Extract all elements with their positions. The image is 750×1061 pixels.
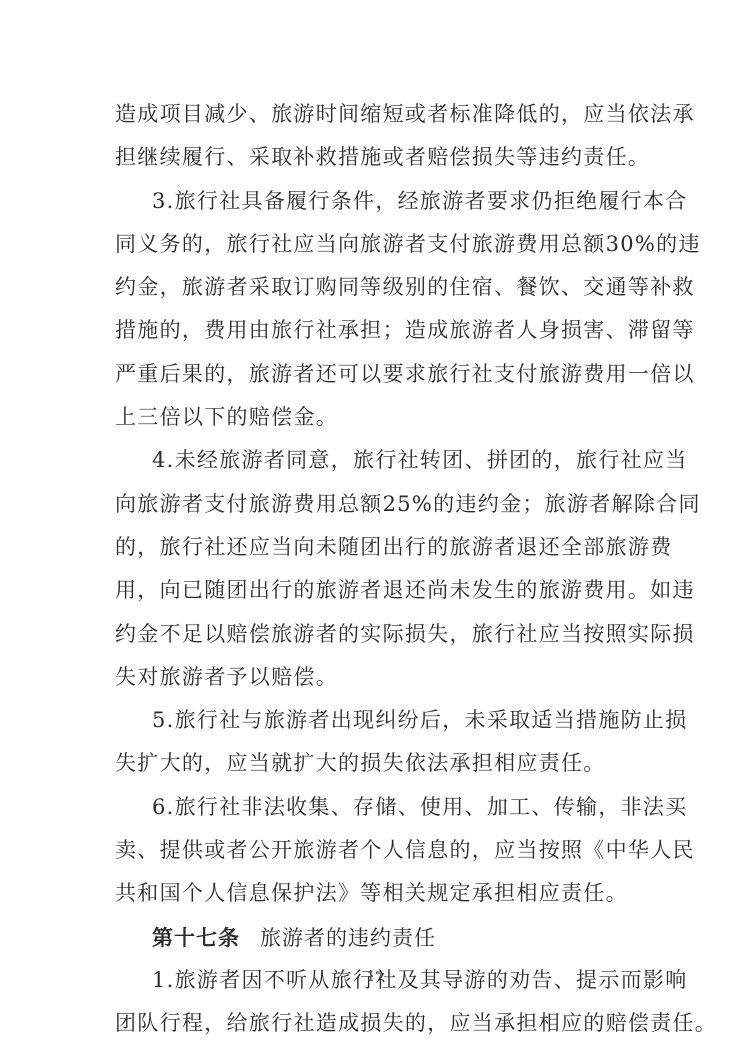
article-heading: 第十七条旅游者的违约责任: [115, 916, 640, 959]
text-line: 约金不足以赔偿旅游者的实际损失，旅行社应当按照实际损: [115, 613, 640, 656]
text-line: 失对旅游者予以赔偿。: [115, 656, 640, 699]
paragraph-item-3: 3.旅行社具备履行条件，经旅游者要求仍拒绝履行本合 同义务的，旅行社应当向旅游者…: [115, 180, 640, 440]
text-line: 的，旅行社还应当向未随团出行的旅游者退还全部旅游费: [115, 526, 640, 569]
text-line: 上三倍以下的赔偿金。: [115, 396, 640, 439]
paragraph-item-4: 4.未经旅游者同意，旅行社转团、拼团的，旅行社应当 向旅游者支付旅游费用总额25…: [115, 439, 640, 699]
text-line: 6.旅行社非法收集、存储、使用、加工、传输，非法买: [115, 786, 640, 829]
article-title: 旅游者的违约责任: [260, 926, 436, 950]
text-line: 约金，旅游者采取订购同等级别的住宿、餐饮、交通等补救: [115, 266, 640, 309]
text-line: 卖、提供或者公开旅游者个人信息的，应当按照《中华人民: [115, 829, 640, 872]
article-number: 第十七条: [152, 925, 240, 950]
paragraph-item-6: 6.旅行社非法收集、存储、使用、加工、传输，非法买 卖、提供或者公开旅游者个人信…: [115, 786, 640, 916]
paragraph-continuation: 造成项目减少、旅游时间缩短或者标准降低的，应当依法承 担继续履行、采取补救措施或…: [115, 93, 640, 180]
text-line: 同义务的，旅行社应当向旅游者支付旅游费用总额30%的违: [115, 223, 640, 266]
text-line: 失扩大的，应当就扩大的损失依法承担相应责任。: [115, 742, 640, 785]
text-line: 3.旅行社具备履行条件，经旅游者要求仍拒绝履行本合: [115, 180, 640, 223]
page-number: 17: [0, 970, 750, 985]
text-line: 担继续履行、采取补救措施或者赔偿损失等违约责任。: [115, 136, 640, 179]
text-line: 造成项目减少、旅游时间缩短或者标准降低的，应当依法承: [115, 93, 640, 136]
paragraph-item-5: 5.旅行社与旅游者出现纠纷后，未采取适当措施防止损 失扩大的，应当就扩大的损失依…: [115, 699, 640, 786]
text-line: 严重后果的，旅游者还可以要求旅行社支付旅游费用一倍以: [115, 353, 640, 396]
document-page: 造成项目减少、旅游时间缩短或者标准降低的，应当依法承 担继续履行、采取补救措施或…: [115, 93, 640, 1046]
text-line: 5.旅行社与旅游者出现纠纷后，未采取适当措施防止损: [115, 699, 640, 742]
text-line: 团队行程，给旅行社造成损失的，应当承担相应的赔偿责任。: [115, 1002, 640, 1045]
text-line: 用，向已随团出行的旅游者退还尚未发生的旅游费用。如违: [115, 569, 640, 612]
text-line: 4.未经旅游者同意，旅行社转团、拼团的，旅行社应当: [115, 439, 640, 482]
text-line: 共和国个人信息保护法》等相关规定承担相应责任。: [115, 872, 640, 915]
text-line: 向旅游者支付旅游费用总额25%的违约金；旅游者解除合同: [115, 483, 640, 526]
text-line: 措施的，费用由旅行社承担；造成旅游者人身损害、滞留等: [115, 309, 640, 352]
